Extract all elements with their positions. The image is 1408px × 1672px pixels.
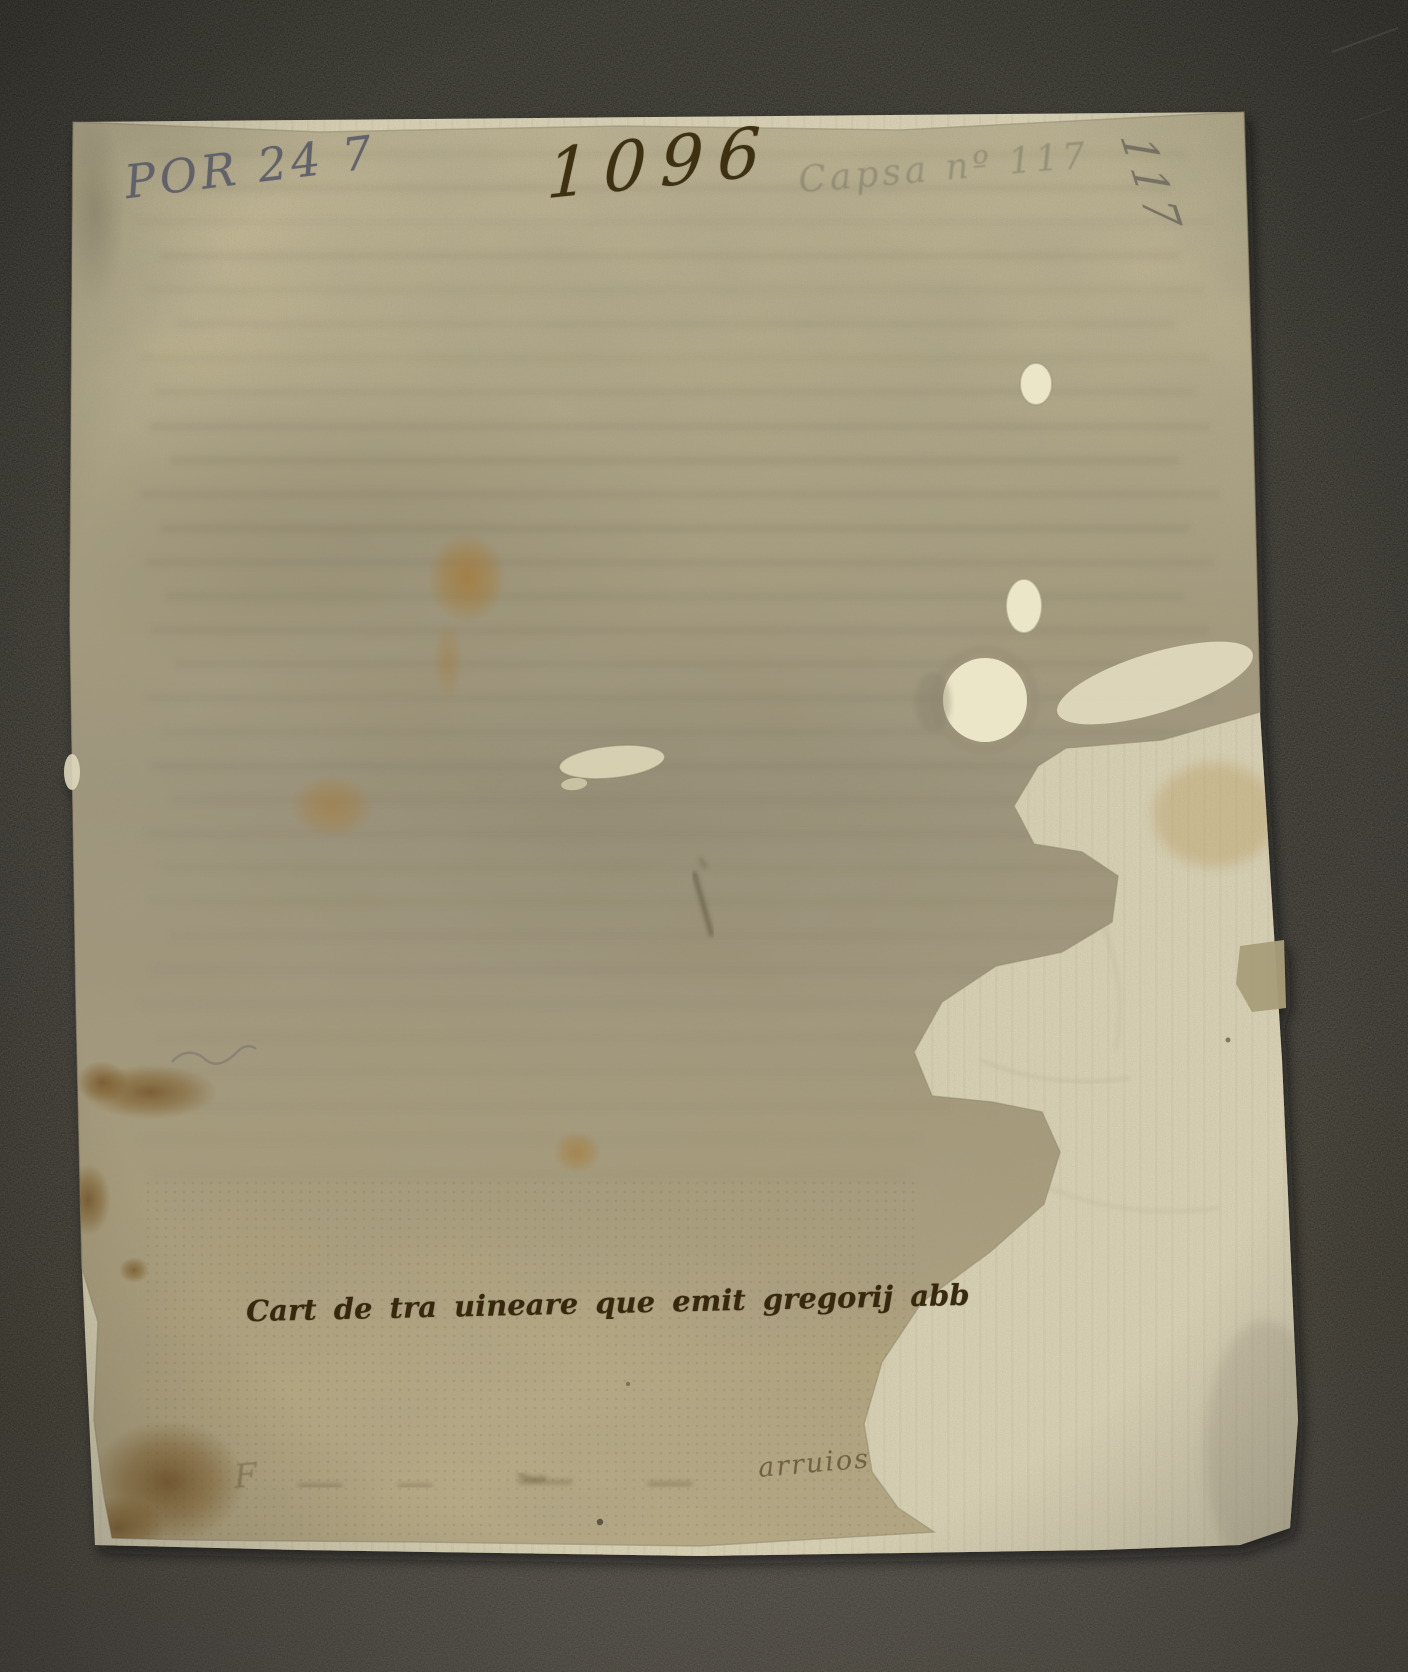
faded-script-start: F xyxy=(232,1455,258,1496)
artifact-graphic xyxy=(0,0,1408,1672)
photo-vignette xyxy=(0,0,1408,1672)
photograph-of-parchment: POR 24 7 1096 Capsa nº 117 117 Cart de t… xyxy=(0,0,1408,1672)
